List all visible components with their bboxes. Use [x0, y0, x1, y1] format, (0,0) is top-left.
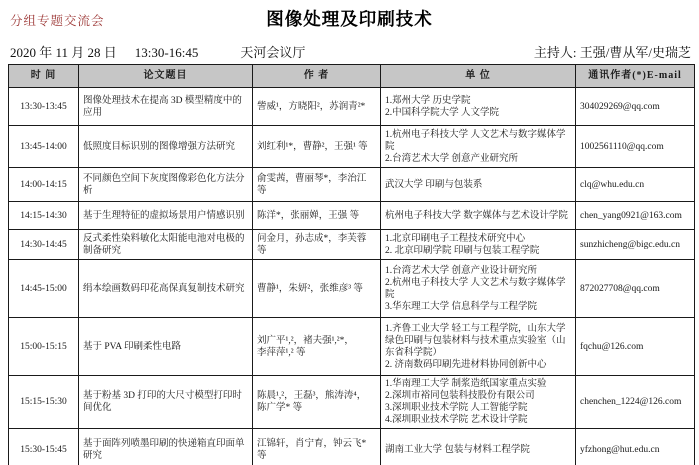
cell-email: sunzhicheng@bigc.edu.cn	[576, 230, 695, 260]
cell-authors: 刘广平¹,²，褚夫强¹,²*， 李萍萍¹,² 等	[253, 318, 381, 376]
cell-email: yfzhong@hut.edu.cn	[576, 429, 695, 465]
cell-paper-title: 低照度目标识别的图像增强方法研究	[79, 126, 253, 168]
cell-authors: 俞雯茜，曹丽琴*，李治江 等	[253, 168, 381, 202]
session-chairs: 主持人: 王强/曹从军/史瑞芝	[534, 42, 691, 61]
cell-email: chen_yang0921@163.com	[576, 202, 695, 230]
table-row: 14:45-15:00 绢本绘画数码印花高保真复制技术研究 曹静¹，朱妍²，张维…	[9, 260, 695, 318]
cell-unit: 1.郑州大学 历史学院 2.中国科学院大学 人文学院	[381, 88, 576, 126]
table-row: 13:45-14:00 低照度目标识别的图像增强方法研究 刘红利¹*，曹静²，王…	[9, 126, 695, 168]
cell-email: 1002561110@qq.com	[576, 126, 695, 168]
cell-paper-title: 图像处理技术在提高 3D 模型精度中的应用	[79, 88, 253, 126]
cell-authors: 问金月，孙志成*，李芙蓉 等	[253, 230, 381, 260]
cell-paper-title: 基于粉基 3D 打印的大尺寸模型打印时间优化	[79, 376, 253, 429]
table-row: 13:30-13:45 图像处理技术在提高 3D 模型精度中的应用 訾威¹，方晓…	[9, 88, 695, 126]
cell-unit: 1.华南理工大学 制浆造纸国家重点实验 2.深圳市裕同包装科技股份有限公司 3.…	[381, 376, 576, 429]
cell-unit: 1.齐鲁工业大学 轻工与工程学院，山东大学绿色印刷与包装材料与技术重点实验室（山…	[381, 318, 576, 376]
column-header-unit: 单 位	[381, 65, 576, 88]
session-venue: 天河会议厅	[240, 42, 305, 61]
schedule-table: 时 间 论文题目 作 者 单 位 通讯作者(*)E-mail 13:30-13:…	[8, 64, 695, 465]
cell-authors: 陈洋*，张丽婵，王强 等	[253, 202, 381, 230]
cell-unit: 1.台湾艺术大学 创意产业设计研究所 2.杭州电子科技大学 人文艺术与数字媒体学…	[381, 260, 576, 318]
cell-time: 13:30-13:45	[9, 88, 79, 126]
cell-time: 14:45-15:00	[9, 260, 79, 318]
cell-email: clq@whu.edu.cn	[576, 168, 695, 202]
table-row: 15:15-15:30 基于粉基 3D 打印的大尺寸模型打印时间优化 陈晨¹,²…	[9, 376, 695, 429]
cell-time: 14:15-14:30	[9, 202, 79, 230]
table-header-row: 时 间 论文题目 作 者 单 位 通讯作者(*)E-mail	[9, 65, 695, 88]
session-time-range: 13:30-16:45	[135, 45, 199, 61]
cell-authors: 曹静¹，朱妍²，张维彦³ 等	[253, 260, 381, 318]
cell-time: 13:45-14:00	[9, 126, 79, 168]
table-row: 15:00-15:15 基于 PVA 印刷柔性电路 刘广平¹,²，褚夫强¹,²*…	[9, 318, 695, 376]
cell-email: 304029269@qq.com	[576, 88, 695, 126]
cell-paper-title: 基于生理特征的虚拟场景用户情感识别	[79, 202, 253, 230]
cell-unit: 1.杭州电子科技大学 人文艺术与数字媒体学院 2.台湾艺术大学 创意产业研究所	[381, 126, 576, 168]
column-header-time: 时 间	[9, 65, 79, 88]
cell-paper-title: 绢本绘画数码印花高保真复制技术研究	[79, 260, 253, 318]
table-row: 14:30-14:45 反式柔性染料敏化太阳能电池对电极的制备研究 问金月，孙志…	[9, 230, 695, 260]
cell-time: 15:00-15:15	[9, 318, 79, 376]
cell-time: 15:15-15:30	[9, 376, 79, 429]
cell-paper-title: 不同颜色空间下灰度图像彩色化方法分析	[79, 168, 253, 202]
cell-unit: 杭州电子科技大学 数字媒体与艺术设计学院	[381, 202, 576, 230]
cell-authors: 刘红利¹*，曹静²，王强¹ 等	[253, 126, 381, 168]
cell-time: 14:30-14:45	[9, 230, 79, 260]
cell-unit: 湖南工业大学 包装与材料工程学院	[381, 429, 576, 465]
cell-time: 14:00-14:15	[9, 168, 79, 202]
cell-time: 15:30-15:45	[9, 429, 79, 465]
table-row: 14:15-14:30 基于生理特征的虚拟场景用户情感识别 陈洋*，张丽婵，王强…	[9, 202, 695, 230]
session-date: 2020 年 11 月 28 日	[10, 42, 117, 61]
cell-unit: 武汉大学 印刷与包装系	[381, 168, 576, 202]
cell-authors: 訾威¹，方晓阳²，苏润青²*	[253, 88, 381, 126]
cell-unit: 1.北京印刷电子工程技术研究中心 2. 北京印刷学院 印刷与包装工程学院	[381, 230, 576, 260]
session-meta: 2020 年 11 月 28 日 13:30-16:45 天河会议厅 主持人: …	[10, 42, 691, 61]
cell-email: fqchu@126.com	[576, 318, 695, 376]
table-row: 14:00-14:15 不同颜色空间下灰度图像彩色化方法分析 俞雯茜，曹丽琴*，…	[9, 168, 695, 202]
column-header-authors: 作 者	[253, 65, 381, 88]
cell-authors: 江锦轩，肖宁育，钟云飞* 等	[253, 429, 381, 465]
column-header-email: 通讯作者(*)E-mail	[576, 65, 695, 88]
column-header-title: 论文题目	[79, 65, 253, 88]
conference-schedule-page: 分组专题交流会 图像处理及印刷技术 2020 年 11 月 28 日 13:30…	[0, 0, 699, 465]
table-row: 15:30-15:45 基于面阵列喷墨印刷的快递箱直印面单研究 江锦轩，肖宁育，…	[9, 429, 695, 465]
cell-email: 872027708@qq.com	[576, 260, 695, 318]
cell-authors: 陈晨¹,²，王磊³，熊涛涛⁴， 陈广学* 等	[253, 376, 381, 429]
cell-paper-title: 反式柔性染料敏化太阳能电池对电极的制备研究	[79, 230, 253, 260]
page-title: 图像处理及印刷技术	[0, 6, 699, 31]
cell-paper-title: 基于面阵列喷墨印刷的快递箱直印面单研究	[79, 429, 253, 465]
cell-email: chenchen_1224@126.com	[576, 376, 695, 429]
cell-paper-title: 基于 PVA 印刷柔性电路	[79, 318, 253, 376]
